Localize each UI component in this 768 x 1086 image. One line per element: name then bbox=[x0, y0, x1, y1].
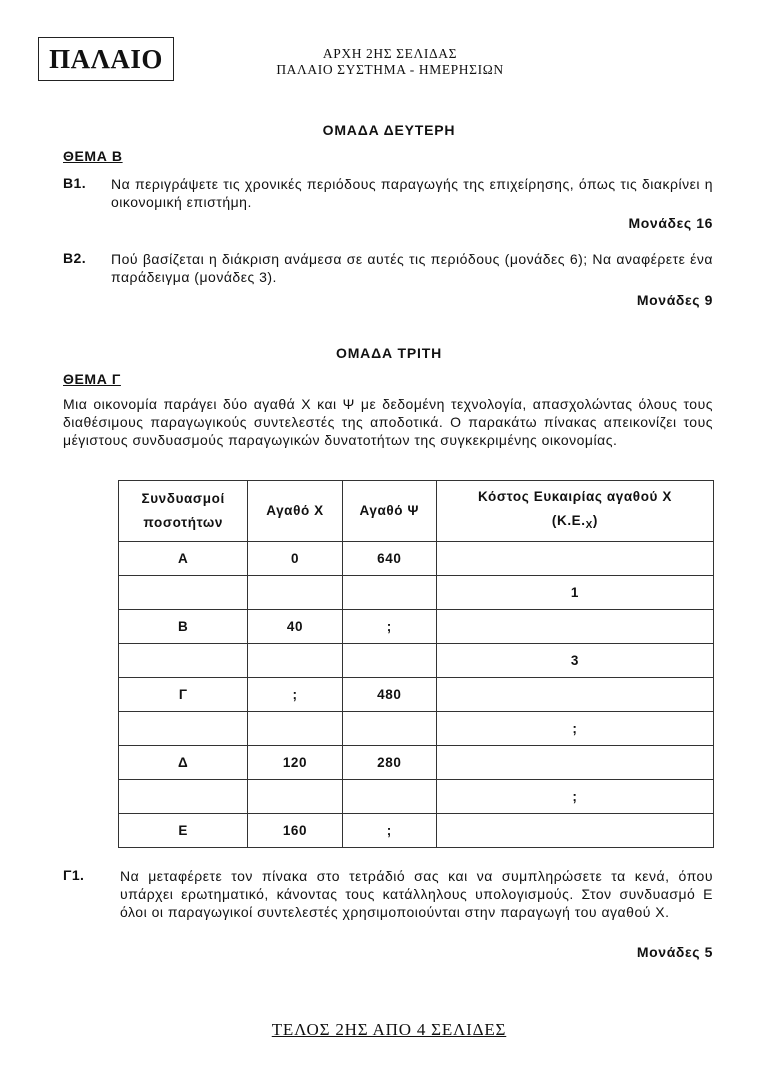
question-b2-marks: Μονάδες 9 bbox=[637, 292, 713, 308]
table-row: Δ120280 bbox=[119, 746, 714, 780]
page-header-line1: ΑΡΧΗ 2ΗΣ ΣΕΛΙΔΑΣ bbox=[170, 46, 610, 62]
cell-combination bbox=[119, 576, 248, 610]
cell-opportunity-cost bbox=[436, 814, 713, 848]
cell-opportunity-cost bbox=[436, 610, 713, 644]
cell-good-y: 640 bbox=[342, 542, 436, 576]
header-good-y: Αγαθό Ψ bbox=[342, 481, 436, 542]
page-header-line2: ΠΑΛΑΙΟ ΣΥΣΤΗΜΑ - ΗΜΕΡΗΣΙΩΝ bbox=[170, 62, 610, 78]
cell-combination bbox=[119, 780, 248, 814]
question-b1-text: Να περιγράψετε τις χρονικές περιόδους πα… bbox=[111, 175, 713, 211]
cell-good-x bbox=[248, 644, 342, 678]
exam-type-stamp: ΠΑΛΑΙΟ bbox=[38, 37, 174, 81]
group3-title: ΟΜΑΔΑ ΤΡΙΤΗ bbox=[0, 345, 768, 361]
topic-g-heading: ΘΕΜΑ Γ bbox=[63, 371, 121, 387]
cell-opportunity-cost bbox=[436, 746, 713, 780]
cell-good-y bbox=[342, 780, 436, 814]
table-row: ; bbox=[119, 712, 714, 746]
cell-good-y: 480 bbox=[342, 678, 436, 712]
table-row: Β40; bbox=[119, 610, 714, 644]
cell-good-y bbox=[342, 576, 436, 610]
table-row: Ε160; bbox=[119, 814, 714, 848]
cell-combination: Ε bbox=[119, 814, 248, 848]
cell-opportunity-cost: 1 bbox=[436, 576, 713, 610]
cell-good-y: ; bbox=[342, 814, 436, 848]
question-b2-label: Β2. bbox=[63, 250, 86, 266]
cell-opportunity-cost: ; bbox=[436, 712, 713, 746]
cell-combination: Α bbox=[119, 542, 248, 576]
cell-combination: Γ bbox=[119, 678, 248, 712]
question-g1-marks: Μονάδες 5 bbox=[637, 944, 713, 960]
page-header: ΑΡΧΗ 2ΗΣ ΣΕΛΙΔΑΣ ΠΑΛΑΙΟ ΣΥΣΤΗΜΑ - ΗΜΕΡΗΣ… bbox=[170, 46, 610, 78]
table-row: Γ;480 bbox=[119, 678, 714, 712]
cell-good-x: 0 bbox=[248, 542, 342, 576]
table-header-row: Συνδυασμοί ποσοτήτων Αγαθό Χ Αγαθό Ψ Κόσ… bbox=[119, 481, 714, 542]
cell-opportunity-cost: 3 bbox=[436, 644, 713, 678]
cell-good-y: ; bbox=[342, 610, 436, 644]
header-opportunity-cost: Κόστος Ευκαιρίας αγαθού Χ (Κ.Ε.Χ) bbox=[436, 481, 713, 542]
question-b1-marks: Μονάδες 16 bbox=[629, 215, 713, 231]
cell-good-y bbox=[342, 712, 436, 746]
question-b1-label: Β1. bbox=[63, 175, 86, 191]
topic-b-heading: ΘΕΜΑ Β bbox=[63, 148, 123, 164]
production-possibilities-table: Συνδυασμοί ποσοτήτων Αγαθό Χ Αγαθό Ψ Κόσ… bbox=[118, 480, 714, 848]
question-b2-text: Πού βασίζεται η διάκριση ανάμεσα σε αυτέ… bbox=[111, 250, 713, 286]
cell-opportunity-cost bbox=[436, 542, 713, 576]
cell-opportunity-cost: ; bbox=[436, 780, 713, 814]
cell-good-x: 40 bbox=[248, 610, 342, 644]
table-row: 1 bbox=[119, 576, 714, 610]
page-footer: ΤΕΛΟΣ 2ΗΣ ΑΠΟ 4 ΣΕΛΙΔΕΣ bbox=[0, 1020, 768, 1040]
table-row: ; bbox=[119, 780, 714, 814]
cell-good-x bbox=[248, 780, 342, 814]
cell-good-x bbox=[248, 576, 342, 610]
cell-opportunity-cost bbox=[436, 678, 713, 712]
header-good-x: Αγαθό Χ bbox=[248, 481, 342, 542]
cell-good-x: 120 bbox=[248, 746, 342, 780]
question-g1-label: Γ1. bbox=[63, 867, 84, 883]
cell-combination: Β bbox=[119, 610, 248, 644]
header-combinations: Συνδυασμοί ποσοτήτων bbox=[119, 481, 248, 542]
cell-good-y: 280 bbox=[342, 746, 436, 780]
cell-combination: Δ bbox=[119, 746, 248, 780]
cell-combination bbox=[119, 644, 248, 678]
cell-good-x: ; bbox=[248, 678, 342, 712]
question-g1-text: Να μεταφέρετε τον πίνακα στο τετράδιό σα… bbox=[120, 867, 713, 921]
cell-good-y bbox=[342, 644, 436, 678]
cell-combination bbox=[119, 712, 248, 746]
table-row: 3 bbox=[119, 644, 714, 678]
table-row: Α0640 bbox=[119, 542, 714, 576]
cell-good-x: 160 bbox=[248, 814, 342, 848]
topic-g-intro: Μια οικονομία παράγει δύο αγαθά Χ και Ψ … bbox=[63, 395, 713, 449]
cell-good-x bbox=[248, 712, 342, 746]
group2-title: ΟΜΑΔΑ ΔΕΥΤΕΡΗ bbox=[0, 122, 768, 138]
